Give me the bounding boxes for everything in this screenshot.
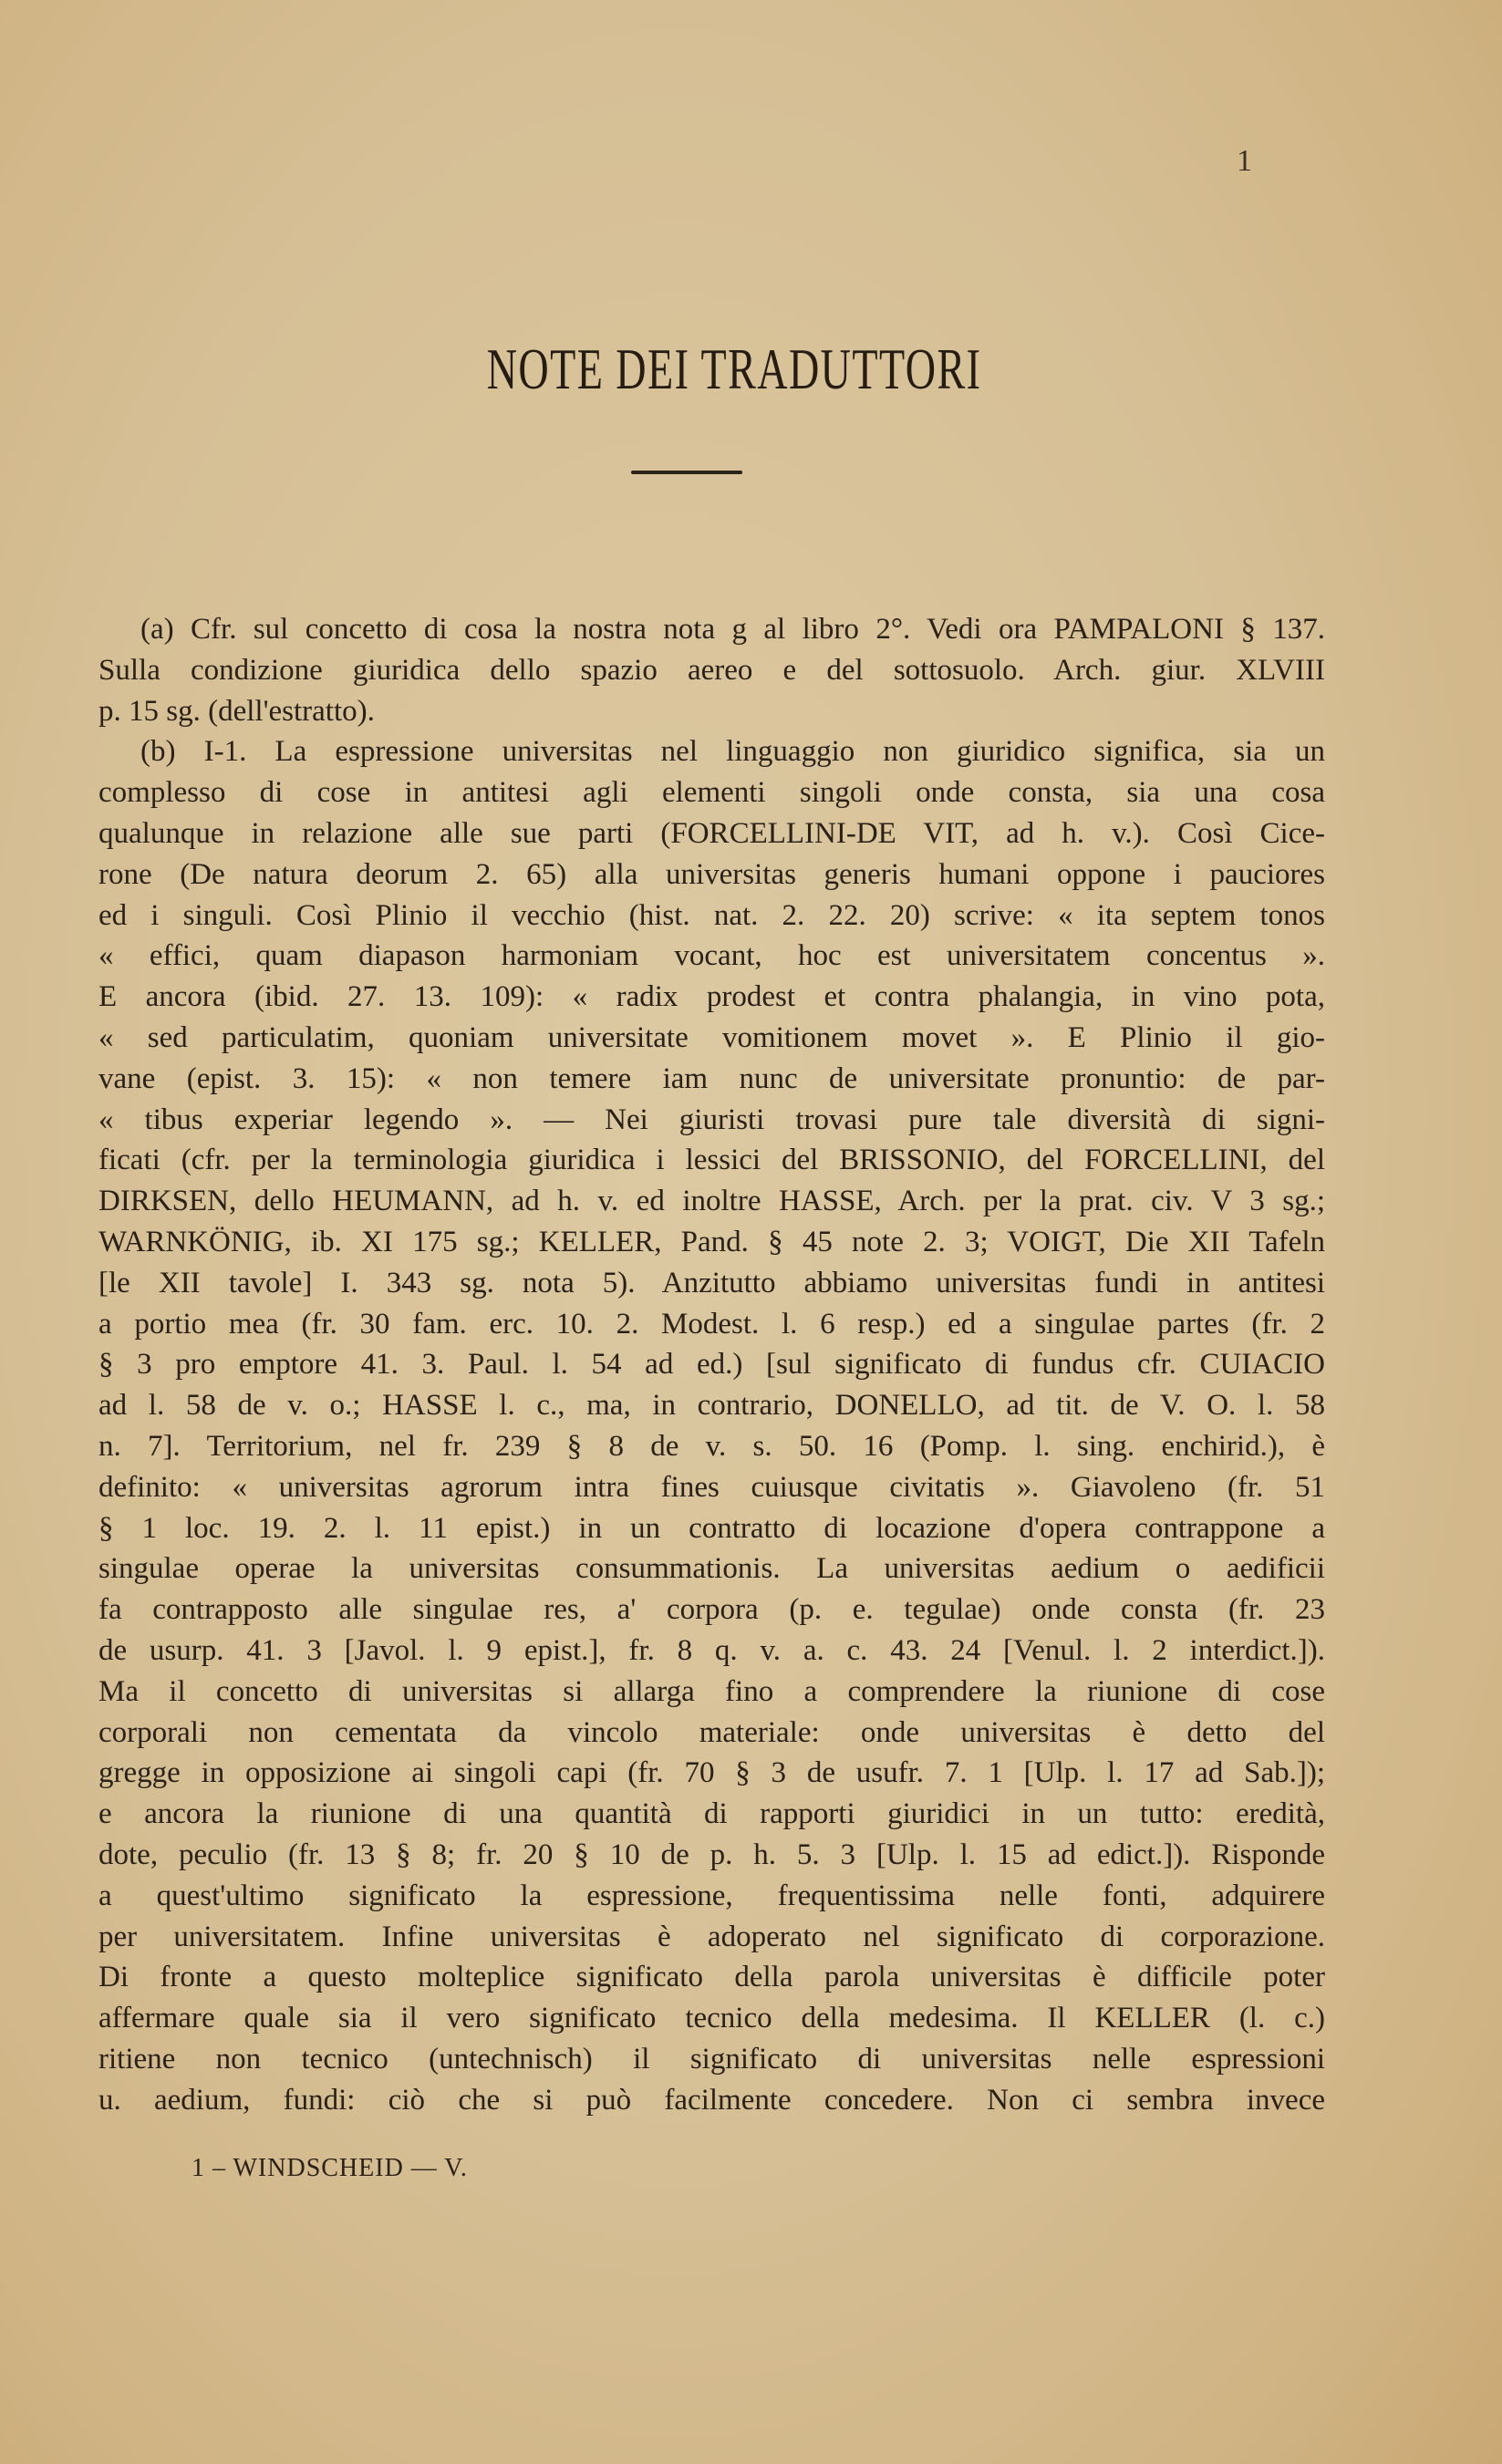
note-line: « sed particulatim, quoniam universitate…: [98, 1018, 1325, 1059]
note-line: § 3 pro emptore 41. 3. Paul. l. 54 ad ed…: [98, 1344, 1325, 1385]
note-line: a quest'ultimo significato la espression…: [98, 1876, 1325, 1917]
note-line: per universitatem. Infine universitas è …: [98, 1917, 1325, 1958]
note-line: qualunque in relazione alle sue parti (F…: [98, 813, 1325, 854]
note-line: p. 15 sg. (dell'estratto).: [98, 691, 1325, 732]
note-line: ritiene non tecnico (untechnisch) il sig…: [98, 2039, 1325, 2080]
note-line: Di fronte a questo molteplice significat…: [98, 1957, 1325, 1998]
page-title: NOTE DEI TRADUTTORI: [193, 336, 1275, 403]
title-rule-divider: [631, 471, 742, 474]
note-line: « tibus experiar legendo ». — Nei giuris…: [98, 1100, 1325, 1141]
note-line: Ma il concetto di universitas si allarga…: [98, 1672, 1325, 1713]
note-line: ad l. 58 de v. o.; HASSE l. c., ma, in c…: [98, 1385, 1325, 1426]
note-line: singulae operae la universitas consummat…: [98, 1548, 1325, 1589]
note-line: E ancora (ibid. 27. 13. 109): « radix pr…: [98, 977, 1325, 1018]
signature-footer: 1 – WINDSCHEID — V.: [192, 2154, 468, 2183]
note-line: DIRKSEN, dello HEUMANN, ad h. v. ed inol…: [98, 1181, 1325, 1222]
note-line: gregge in opposizione ai singoli capi (f…: [98, 1753, 1325, 1794]
note-line: ed i singuli. Così Plinio il vecchio (hi…: [98, 896, 1325, 937]
note-line: WARNKÖNIG, ib. XI 175 sg.; KELLER, Pand.…: [98, 1222, 1325, 1263]
note-line: corporali non cementata da vincolo mater…: [98, 1713, 1325, 1754]
note-line: n. 7]. Territorium, nel fr. 239 § 8 de v…: [98, 1426, 1325, 1467]
note-b: (b) I-1. La espressione universitas nel …: [98, 731, 1325, 2120]
note-line: a portio mea (fr. 30 fam. erc. 10. 2. Mo…: [98, 1304, 1325, 1345]
note-line: u. aedium, fundi: ciò che si può facilme…: [98, 2080, 1325, 2121]
note-a: (a) Cfr. sul concetto di cosa la nostra …: [98, 609, 1325, 731]
note-line: dote, peculio (fr. 13 § 8; fr. 20 § 10 d…: [98, 1835, 1325, 1876]
note-line: § 1 loc. 19. 2. l. 11 epist.) in un cont…: [98, 1508, 1325, 1549]
note-line: affermare quale sia il vero significato …: [98, 1998, 1325, 2039]
note-line: Sulla condizione giuridica dello spazio …: [98, 650, 1325, 691]
note-line: ficati (cfr. per la terminologia giuridi…: [98, 1140, 1325, 1181]
note-line: e ancora la riunione di una quantità di …: [98, 1794, 1325, 1835]
note-line: (b) I-1. La espressione universitas nel …: [98, 731, 1325, 772]
note-line: fa contrapposto alle singulae res, a' co…: [98, 1589, 1325, 1631]
note-line: rone (De natura deorum 2. 65) alla unive…: [98, 854, 1325, 896]
note-line: complesso di cose in antitesi agli eleme…: [98, 772, 1325, 813]
note-line: « effici, quam diapason harmoniam vocant…: [98, 936, 1325, 977]
note-line: (a) Cfr. sul concetto di cosa la nostra …: [98, 609, 1325, 650]
page-number: 1: [1237, 144, 1252, 179]
note-line: [le XII tavole] I. 343 sg. nota 5). Anzi…: [98, 1263, 1325, 1304]
note-line: definito: « universitas agrorum intra fi…: [98, 1467, 1325, 1508]
note-line: vane (epist. 3. 15): « non temere iam nu…: [98, 1059, 1325, 1100]
note-line: de usurp. 41. 3 [Javol. l. 9 epist.], fr…: [98, 1631, 1325, 1672]
notes-body: (a) Cfr. sul concetto di cosa la nostra …: [98, 609, 1325, 2120]
